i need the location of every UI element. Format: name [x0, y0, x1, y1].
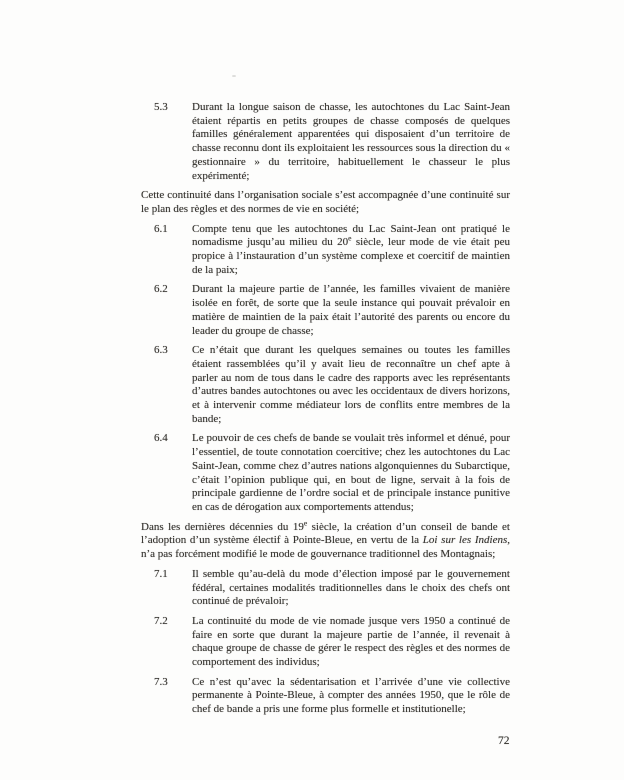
item-text: La continuité du mode de vie nomade jusq… [192, 615, 510, 668]
item-text: Il semble qu’au-delà du mode d’élection … [192, 568, 510, 607]
item-text: Durant la majeure partie de l’année, les… [192, 283, 510, 336]
item-number: 7.3 [154, 676, 168, 690]
item-text: Ce n’était que durant les quelques semai… [192, 344, 510, 425]
item-number: 7.2 [154, 615, 168, 629]
item-text: Durant la longue saison de chasse, les a… [192, 101, 510, 182]
scan-speck [232, 75, 236, 77]
list-item: 7.2La continuité du mode de vie nomade j… [141, 615, 510, 670]
item-number: 6.4 [154, 432, 168, 446]
item-text: Compte tenu que les autochtones du Lac S… [192, 223, 510, 276]
document-body: 5.3Durant la longue saison de chasse, le… [141, 101, 510, 723]
page-number: 72 [498, 734, 510, 748]
item-number: 5.3 [154, 101, 168, 115]
list-item: 6.1Compte tenu que les autochtones du La… [141, 223, 510, 278]
item-number: 6.2 [154, 283, 168, 297]
list-item: 6.4Le pouvoir de ces chefs de bande se v… [141, 432, 510, 514]
list-item: 5.3Durant la longue saison de chasse, le… [141, 101, 510, 183]
list-item: 7.3Ce n’est qu’avec la sédentarisation e… [141, 676, 510, 717]
list-item: 6.2Durant la majeure partie de l’année, … [141, 283, 510, 338]
item-number: 7.1 [154, 568, 168, 582]
list-item: 6.3Ce n’était que durant les quelques se… [141, 344, 510, 426]
paragraph: Dans les dernières décennies du 19e sièc… [141, 521, 510, 562]
document-page: 5.3Durant la longue saison de chasse, le… [0, 0, 624, 780]
item-text: Ce n’est qu’avec la sédentarisation et l… [192, 676, 510, 715]
list-item: 7.1Il semble qu’au-delà du mode d’électi… [141, 568, 510, 609]
item-number: 6.3 [154, 344, 168, 358]
item-number: 6.1 [154, 223, 168, 237]
item-text: Le pouvoir de ces chefs de bande se voul… [192, 432, 510, 513]
paragraph: Cette continuité dans l’organisation soc… [141, 189, 510, 216]
